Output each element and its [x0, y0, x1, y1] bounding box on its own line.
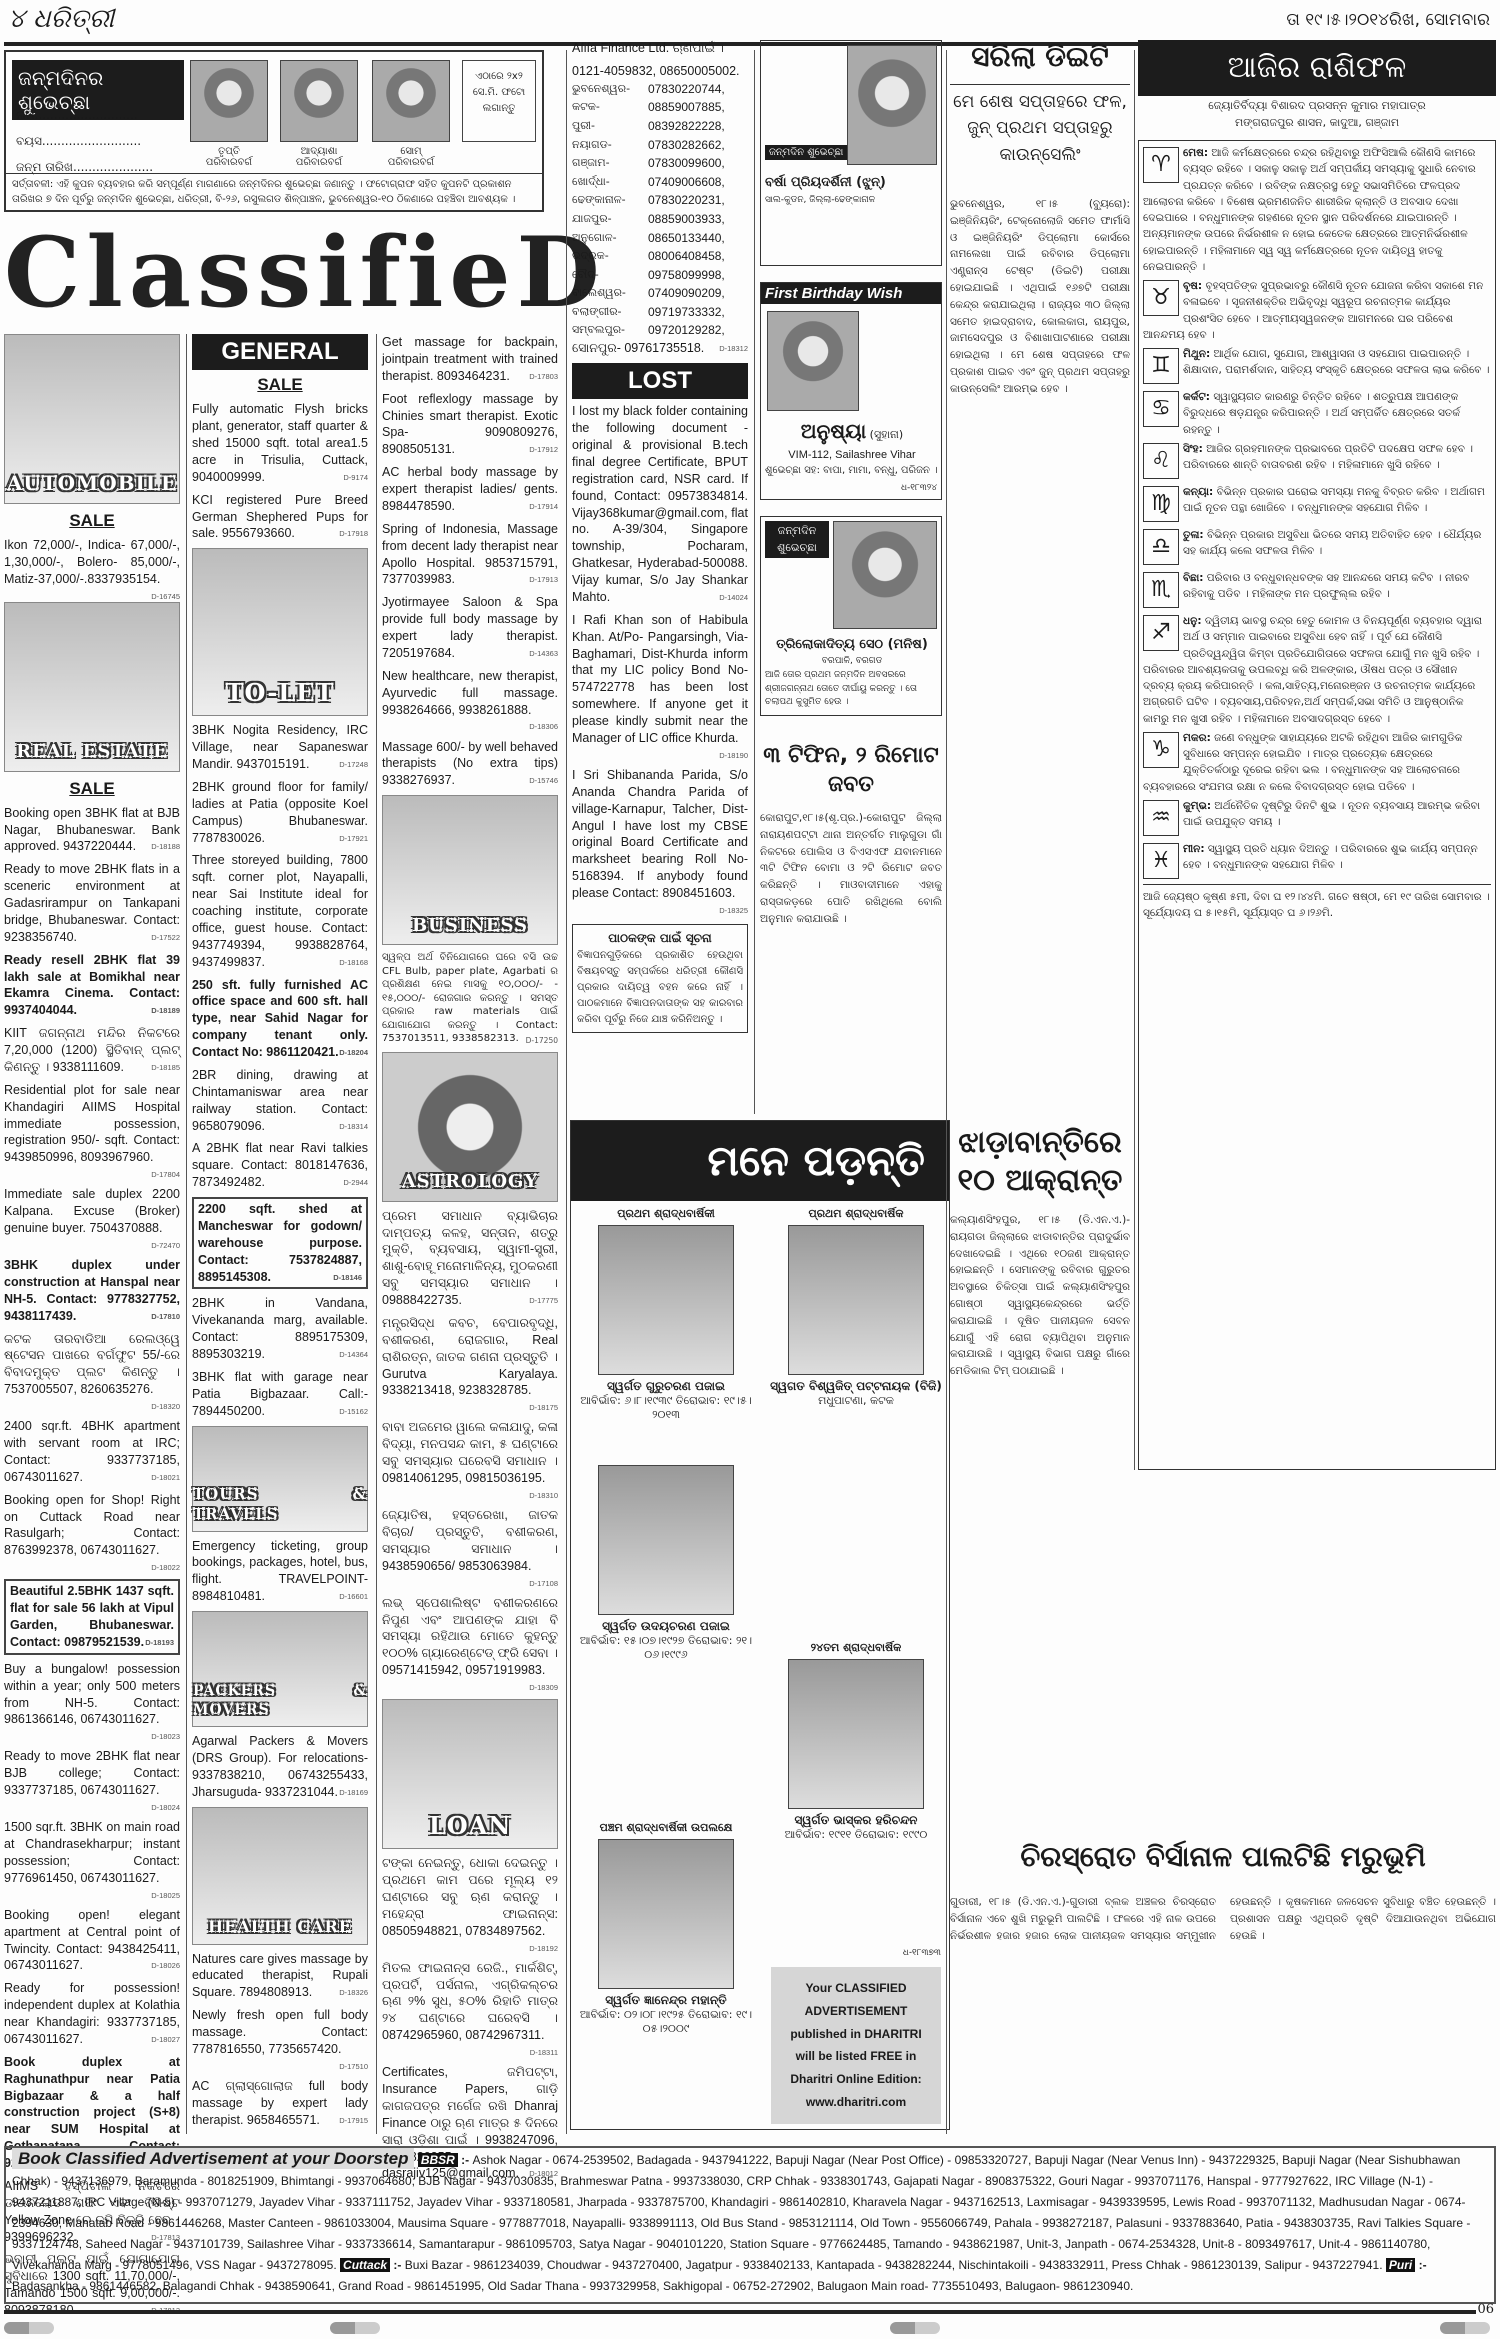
photo-caption: ସୋମ୍ପରିବାରବର୍ଗ [368, 146, 454, 168]
finance-branch-row: ନୟାଗଡ-07830282662, [572, 136, 748, 155]
photo-caption: ଆଦ୍ୟାଶାପରିବାରବର୍ଗ [276, 146, 362, 168]
classified-ad: Foot reflexlogy massage by Chinies smart… [382, 391, 558, 459]
memorial-entry: ସ୍ୱର୍ଗତ ଉଦୟଚରଣ ପଜାଇ ଆବିର୍ଭାବ: ୧୫।୦୭।୧୯୨୭… [571, 1461, 761, 1662]
finance-branch-row: ବୌଦ-09758099998, [572, 266, 748, 285]
news-headline-jhada: ଝାଡ଼ାବାନ୍ତିରେ୧୦ ଆକ୍ରାନ୍ତ [950, 1124, 1130, 1199]
column-general: GENERAL SALE Fully automatic Flysh brick… [192, 334, 368, 2135]
column-divider [754, 50, 755, 1114]
re-sale-heading: SALE [4, 778, 180, 801]
news-body-jhada: କଲ୍ୟାଣସିଂହପୁର, ୧୮।୫ (ଡି.ଏନ.ଏ.)-ରାୟଗଡା ଜି… [950, 1212, 1130, 1692]
child-photo [280, 60, 358, 142]
sale-heading: SALE [192, 374, 368, 397]
memorial-section: ମନେ ପଡ଼ନ୍ତି ପ୍ରଥମ ଶ୍ରାଦ୍ଧବାର୍ଷିକୀ ସ୍ୱର୍ଗ… [570, 1120, 950, 2130]
zodiac-icon: ♒ [1143, 800, 1179, 836]
classified-ad: Get massage for backpain, jointpain trea… [382, 334, 558, 385]
classified-ad: ଟଙ୍କା ନେଇନ୍ତୁ, ଧୋକା ଦେଇନ୍ତୁ । ପ୍ରଥମେ କାମ… [382, 1855, 558, 1954]
zodiac-icon: ♉ [1143, 280, 1179, 316]
classified-ad: ଜ୍ୟୋତିଷ, ହସ୍ତରେଖା, ଜାତକ ବିଚାର/ ପ୍ରସ୍ତୁତି… [382, 1507, 558, 1589]
finance-branch-row: ପୁରୀ-08392822228, [572, 117, 748, 136]
finance-branch-row: ବାଲେଶ୍ୱର-07409090209, [572, 284, 748, 303]
child-photo [767, 311, 859, 411]
real-estate-image: REAL ESTATE [4, 602, 180, 772]
horoscope-sign: ♈ମେଷ: ଆଜି କର୍ମକ୍ଷେତ୍ରରେ ଚନ୍ଦ୍ର ରହିଥିବାରୁ… [1143, 145, 1491, 275]
finance-branch-row: ସମ୍ବଲପୁର-09720129282, [572, 321, 748, 340]
general-heading: GENERAL [192, 334, 368, 370]
finance-branch-row: ବଲାଙ୍ଗୀର-09719733332, [572, 303, 748, 322]
city-branch-list: Badasankha - 9861446582, Balagandi Chhak… [12, 2279, 1133, 2293]
finance-branch-row: ଭଦ୍ରକ-08006408458, [572, 247, 748, 266]
column-divider [946, 50, 947, 2134]
finance-branch-row: ଯାଜପୁର-08859003933, [572, 210, 748, 229]
portrait-photo [598, 1225, 734, 1375]
classified-ad: Immediate sale duplex 2200 Kalpana. Excu… [4, 1186, 180, 1251]
coupon-name-field: ନାମ........................... [16, 108, 138, 123]
finance-last: ସୋନପୁର- 09761735518. D-18312 [572, 340, 748, 357]
photo-placeholder-box: ଏଠାରେ ୨x୨ ସେ.ମି. ଫଟୋ ଲଗାନ୍ତୁ [462, 60, 536, 142]
horoscope-sign: ♍କନ୍ୟା: ବିଭିନ୍ନ ପ୍ରକାର ଘରୋଇ ସମସ୍ୟା ମନକୁ … [1143, 484, 1491, 524]
registration-mark [890, 2322, 940, 2334]
first-birthday-wish: First Birthday Wish ଅନୁଷ୍ୟା (ସୁହାନା) VIM… [760, 282, 942, 500]
classified-ad: Ready for possession! independent duplex… [4, 1980, 180, 2048]
coupon-age-field: ବୟସ.......................... [16, 134, 141, 149]
classified-ad: 2200 sqft. shed at Mancheswar for godown… [192, 1197, 368, 1289]
column-divider [186, 334, 187, 2134]
horoscope-body: ♈ମେଷ: ଆଜି କର୍ମକ୍ଷେତ୍ରରେ ଚନ୍ଦ୍ର ରହିଥିବାରୁ… [1138, 140, 1496, 1470]
news-headline-sarila: ସରିଲା ଡିଇଟି [950, 40, 1130, 74]
coupon-rules: ସର୍ତ୍ତାବଳୀ: ଏହି କୁପନ ବ୍ୟବହାର କରି ସମ୍ପୂର୍… [6, 173, 542, 210]
news-body-remote: କୋରାପୁଟ,୧୮।୫(ଶୃ.ପ୍ର.)-କୋରାପୁଟ ଜିଲ୍ଲା ନାର… [760, 810, 942, 1110]
loan-image: LOAN [382, 1699, 558, 1849]
classified-ad: କଟକ ତାରବାଡିଆ ରେଲଓ୍ୱେ ଷ୍ଟେସନ ପାଖରେ ବର୍ଗଫୁ… [4, 1331, 180, 1413]
to-let-image: TO-LET [192, 548, 368, 716]
classified-ad: Booking open! elegant apartment at Centr… [4, 1907, 180, 1975]
bottom-rule [4, 2310, 1476, 2314]
portrait-photo [598, 1465, 734, 1615]
city-tag: Puri [1386, 2258, 1415, 2272]
birthday-wish-1: ଜନ୍ମଦିନ ଶୁଭେଚ୍ଛା ବର୍ଷା ପ୍ରିୟଦର୍ଶିନୀ (ଝୁନ… [760, 40, 942, 266]
finance-branch-row: ଢେଙ୍କାନାଳ-07830220231, [572, 191, 748, 210]
city-branch-list: Buxi Bazar - 9861234039, Choudwar - 9437… [405, 2258, 1383, 2272]
column-divider [566, 50, 567, 2134]
classified-ad: Fully automatic Flysh bricks plant, gene… [192, 401, 368, 485]
classified-ad: 2BR dining, drawing at Chintamaniswar ar… [192, 1067, 368, 1135]
classified-ad: 2BHK ground floor for family/ ladies at … [192, 779, 368, 847]
classified-ad: Residential plot for sale near Khandagir… [4, 1082, 180, 1181]
astrology-image: ASTROLOGY [382, 1052, 558, 1202]
portrait-photo [788, 1659, 924, 1809]
classified-ad: 3BHK duplex under construction at Hanspa… [4, 1257, 180, 1325]
zodiac-icon: ♑ [1143, 732, 1179, 768]
zodiac-icon: ♍ [1143, 486, 1179, 522]
tours-travels-image: TOURS & TRAVELS [192, 1426, 368, 1532]
classified-ad: KCI registered Pure Breed German Shepher… [192, 492, 368, 543]
memorial-heading: ମନେ ପଡ଼ନ୍ତି [571, 1121, 949, 1201]
zodiac-icon: ♌ [1143, 443, 1179, 479]
classified-ad: Massage 600/- by well behaved therapists… [382, 739, 558, 790]
city-tag: Cuttack [340, 2258, 390, 2272]
horoscope-sign: ♏ବିଛା: ପରିବାର ଓ ବନ୍ଧୁବାନ୍ଧବଙ୍କ ସହ ଆନନ୍ଦର… [1143, 570, 1491, 610]
child-photo [847, 45, 937, 165]
classified-ad: ମନ୍ତ୍ରସିଦ୍ଧ କବଚ, ବେପାରବୃଦ୍ଧି, ବଶୀକରଣ, ରୋ… [382, 1315, 558, 1414]
city-branch-list: Ashok Nagar - 0674-2539502, Badagada - 9… [12, 2153, 1470, 2272]
horoscope-sign: ♑ମକର: ଜଣେ ବନ୍ଧୁଙ୍କ ସାହାଯ୍ୟରେ ଅଟକି ରହିଥିବ… [1143, 730, 1491, 795]
horoscope-sign: ♓ମୀନ: ସ୍ୱାସ୍ଥ୍ୟ ପ୍ରତି ଧ୍ୟାନ ଦିଅନ୍ତୁ । ପର… [1143, 841, 1491, 881]
classified-ad: 2BHK in Vandana, Vivekananda marg, avail… [192, 1295, 368, 1363]
classified-ad: Agarwal Packers & Movers (DRS Group). Fo… [192, 1733, 368, 1801]
classified-ad: Emergency ticketing, group bookings, pac… [192, 1538, 368, 1606]
finance-branch-row: ଖୋର୍ଦ୍ଧା-07409006608, [572, 173, 748, 192]
classified-ad: ମିତଲ ଫାଇନାନ୍ସ ରେଜି., ମାର୍କଶିଟ୍, ପ୍ରପର୍ଟି… [382, 1960, 558, 2059]
classified-ad: Ready resell 2BHK flat 39 lakh sale at B… [4, 952, 180, 1020]
horoscope-sign: ♋କର୍କଟ: ସ୍ୱାସ୍ଥ୍ୟଗତ କାରଣରୁ ଚିନ୍ତିତ ରହିବେ… [1143, 389, 1491, 438]
horoscope-sign: ♐ଧନୁ: ଦ୍ୱିତୀୟ ଭାବସ୍ଥ ଚନ୍ଦ୍ର ହେତୁ କୋମଳ ଓ … [1143, 613, 1491, 727]
classified-ad: Buy a bungalow! possession within a year… [4, 1661, 180, 1743]
horoscope-heading: ଆଜିର ରାଶିଫଳ [1138, 40, 1496, 96]
finance-branch-row: ଗଞ୍ଜାମ-07830099600, [572, 154, 748, 173]
finance-branch-row: ଅନୁଗୋଳ-08650133440, [572, 229, 748, 248]
classified-ad: AC ଗ୍ଲାସ୍ଗୋଲାଜ full body massage by expe… [192, 2078, 368, 2129]
automobile-image: AUTOMOBILE [4, 334, 180, 504]
panchang-footer: ଆଜି ଜ୍ୟେଷ୍ଠ କୃଷ୍ଣ ୫ମୀ, ଦିବା ଘ ୧୨।୪୪ମି. ଗ… [1143, 884, 1491, 922]
classified-ad: Newly fresh open full body massage. Cont… [192, 2007, 368, 2072]
zodiac-icon: ♊ [1143, 348, 1179, 384]
horoscope-author: ଜ୍ୟୋତିର୍ବିଦ୍ୟା ବିଶାରଦ ପ୍ରସନ୍ନ କୁମାର ମହାପ… [1138, 98, 1496, 131]
birthday-wish-3: ଜନ୍ମଦିନ ଶୁଭେଚ୍ଛା ତ୍ରିଲୋକାଦିତ୍ୟ ସେଠ (ମନିଷ… [760, 516, 942, 716]
child-photo [833, 521, 937, 629]
page-label: ୪ ଧରିତ୍ରୀ [8, 4, 114, 35]
registration-mark [4, 2322, 54, 2334]
online-edition-promo: Your CLASSIFIEDADVERTISEMENTpublished in… [771, 1967, 941, 2124]
child-photo [372, 60, 450, 142]
classified-ad: Booking open for Shop! Right on Cuttack … [4, 1492, 180, 1574]
auto-sale-heading: SALE [4, 510, 180, 533]
portrait-photo [598, 1839, 734, 1989]
news-body-chirasrota: ଗୁଡାରୀ, ୧୮।୫ (ଡି.ଏନ.ଏ.)-ଗୁଡାରୀ ବ୍ଲକ ଅଞ୍ଚ… [950, 1894, 1496, 2130]
classified-ad: Three storeyed building, 7800 sqft. corn… [192, 852, 368, 970]
column-divider [376, 334, 377, 2134]
child-photo [190, 60, 268, 142]
classified-ad: ସ୍ୱଳ୍ପ ଅର୍ଥ ବିନିଯୋଗରେ ଘରେ ବସି ଉଚ୍ଚ CFL B… [382, 951, 558, 1046]
horoscope-sign: ♊ମିଥୁନ: ଆର୍ଥିକ ଯୋଗ, ସୁଯୋଗ, ଆଶ୍ୱାସନା ଓ ସହ… [1143, 346, 1491, 386]
news-body-sarila: ଭୁବନେଶ୍ୱର, ୧୮।୫ (ବ୍ୟୁରୋ): ଇଞ୍ଜିନିୟରିଂ, ଟ… [950, 196, 1130, 976]
classified-ad: Ready to move 2BHK flat near BJB college… [4, 1748, 180, 1813]
column-services: Get massage for backpain, jointpain trea… [382, 334, 558, 2188]
classified-ad: Ikon 72,000/-, Indica- 67,000/-, 1,30,00… [4, 537, 180, 588]
memorial-entry: ପ୍ରଥମ ଶ୍ରାଦ୍ଧବାର୍ଷିକୀ ସ୍ୱର୍ଗତ ଗୁରୁଚରଣ ପଜ… [571, 1207, 761, 1422]
classified-ad: I Rafi Khan son of Habibula Khan. At/Po-… [572, 612, 748, 761]
registration-mark [1440, 2322, 1490, 2334]
zodiac-icon: ♈ [1143, 147, 1179, 183]
readers-notice: ପାଠକଙ୍କ ପାଇଁ ସୂଚନା ବିଜ୍ଞାପନଗୁଡ଼ିକରେ ପ୍ରକ… [572, 924, 748, 1033]
doorstep-booking-box: Book Classified Advertisement at your Do… [4, 2146, 1496, 2304]
classified-ad: ବାବା ଅଜମେର ୱାଲେ କଳାଯାଦୁ, କଳା ବିଦ୍ୟା, ମନପ… [382, 1419, 558, 1501]
classified-ad: 3BHK flat with garage near Patia Bigbaza… [192, 1369, 368, 1420]
classified-ad: Spring of Indonesia, Massage from decent… [382, 521, 558, 589]
classified-ad: Booking open 3BHK flat at BJB Nagar, Bhu… [4, 805, 180, 856]
registration-mark [330, 2322, 380, 2334]
lost-heading: LOST [572, 363, 748, 399]
packers-movers-image: PACKERS & MOVERS [192, 1611, 368, 1727]
birthday-coupon: ଜନ୍ମଦିନର ଶୁଭେଚ୍ଛା ନାମ...................… [4, 50, 544, 212]
news-headline-chirasrota: ଚିରସ୍ରୋତ ବିର୍ସାନାଳ ପାଲଟିଛି ମରୁଭୂମି [950, 1840, 1496, 1874]
horoscope-sign: ♒କୁମ୍ଭ: ଅର୍ଥନୈତିକ ଦୃଷ୍ଟିରୁ ଦିନଟି ଶୁଭ । ନ… [1143, 798, 1491, 838]
horoscope-sign: ♎ତୁଳା: ବିଭିନ୍ନ ପ୍ରକାର ଅସୁବିଧା ଭିତରେ ସମୟ … [1143, 527, 1491, 567]
city-tag: BBSR [418, 2153, 458, 2167]
classified-ad: Beautiful 2.5BHK 1437 sqft. flat for sal… [4, 1579, 180, 1655]
classified-ad: I Sri Shibananda Parida, S/o Ananda Chan… [572, 767, 748, 916]
footer-title: Book Classified Advertisement at your Do… [12, 2148, 414, 2169]
classified-ad: I lost my black folder containing the fo… [572, 403, 748, 606]
news-headline-remote: ୩ ଟିଫିନ, ୨ ରିମୋଟ ଜବତ [760, 742, 942, 799]
portrait-photo [788, 1225, 924, 1375]
zodiac-icon: ♓ [1143, 843, 1179, 879]
classified-ad: ଲଭ୍ ସ୍ପେଶାଲିଷ୍ଟ ବଶୀକରଣରେ ନିପୁଣ ଏବଂ ଆପଣଙ୍… [382, 1595, 558, 1694]
finance-branch-row: ଭୁବନେଶ୍ୱର-07830220744, [572, 80, 748, 99]
photo-caption: ତୃପ୍ତିପରିବାରବର୍ଗ [186, 146, 272, 168]
finance-header: Afifa Finance Ltd. ଋଣପାଇଁ । [572, 40, 748, 57]
business-image: BUSINESS [382, 795, 558, 945]
classified-ad: 2400 sqr.ft. 4BHK apartment with servant… [4, 1418, 180, 1486]
horoscope-sign: ♉ବୃଷ: ବୃହସ୍ପତିଙ୍କ ସୁପ୍ରଭାବରୁ କୌଣସି ନୂତନ … [1143, 278, 1491, 343]
news-subhead-sarila: ମେ ଶେଷ ସପ୍ତାହରେ ଫଳ, ଜୁନ୍ ପ୍ରଥମ ସପ୍ତାହରୁ … [950, 84, 1130, 168]
memorial-entry: ୨୪ତମ ଶ୍ରାଦ୍ଧବାର୍ଷିକ ସ୍ୱର୍ଗତ ଭାସ୍କର ହରିଚନ… [761, 1641, 951, 1842]
classified-ad: Natures care gives massage by educated t… [192, 1951, 368, 2002]
classified-ad: KIIT ଜଗନ୍ନାଥ ମନ୍ଦିର ନିକଟରେ 7,20,000 (120… [4, 1025, 180, 1076]
finance-phone: 0121-4059832, 08650005002. [572, 63, 748, 80]
memorial-entry: ପଞ୍ଚମ ଶ୍ରାଦ୍ଧବାର୍ଷିକୀ ଉପଲକ୍ଷେ ସ୍ୱର୍ଗତ ଜ୍… [571, 1821, 761, 2036]
column-divider [1134, 50, 1135, 1470]
classified-ad: 1500 sqr.ft. 3BHK on main road at Chandr… [4, 1819, 180, 1901]
classified-ad: Jyotirmayee Saloon & Spa provide full bo… [382, 594, 558, 662]
finance-branch-row: କଟକ-08859007885, [572, 98, 748, 117]
page-date: ତା ୧୯।୫।୨୦୧୪ରିଖ, ସୋମବାର [1286, 10, 1490, 30]
classified-ad: 250 sft. fully furnished AC office space… [192, 977, 368, 1061]
classified-ad: New healthcare, new therapist, Ayurvedic… [382, 668, 558, 733]
page-number: 06 [1477, 2302, 1494, 2317]
zodiac-icon: ♐ [1143, 615, 1179, 651]
classified-ad: AC herbal body massage by expert therapi… [382, 464, 558, 515]
health-care-image: HEALTH CARE [192, 1807, 368, 1945]
classified-ad: 3BHK Nogita Residency, IRC Village, near… [192, 722, 368, 773]
horoscope-sign: ♌ସିଂହ: ଆଜିର ଗ୍ରହମାନଙ୍କ ପ୍ରଭାବରେ ପ୍ରତିଟି … [1143, 441, 1491, 481]
column-finance-lost: Afifa Finance Ltd. ଋଣପାଇଁ । 0121-4059832… [572, 40, 748, 1033]
zodiac-icon: ♏ [1143, 572, 1179, 608]
zodiac-icon: ♋ [1143, 391, 1179, 427]
classified-ad: A 2BHK flat near Ravi talkies square. Co… [192, 1140, 368, 1191]
classified-logo: ClassifieD [4, 218, 544, 328]
column-real-estate: AUTOMOBILE SALE Ikon 72,000/-, Indica- 6… [4, 334, 180, 2325]
zodiac-icon: ♎ [1143, 529, 1179, 565]
memorial-entry: ପ୍ରଥମ ଶ୍ରାଦ୍ଧବାର୍ଷିକ ସ୍ୱଗତ ବିଶ୍ୱଜିତ୍ ପଟ୍… [761, 1207, 951, 1408]
classified-ad: ପ୍ରେମ ସମାଧାନ ବ୍ୟାଭିଚାର ଦାମ୍ପତ୍ୟ କଳହ, ସନ୍… [382, 1208, 558, 1309]
classified-ad: Ready to move 2BHK flats in a sceneric e… [4, 861, 180, 945]
